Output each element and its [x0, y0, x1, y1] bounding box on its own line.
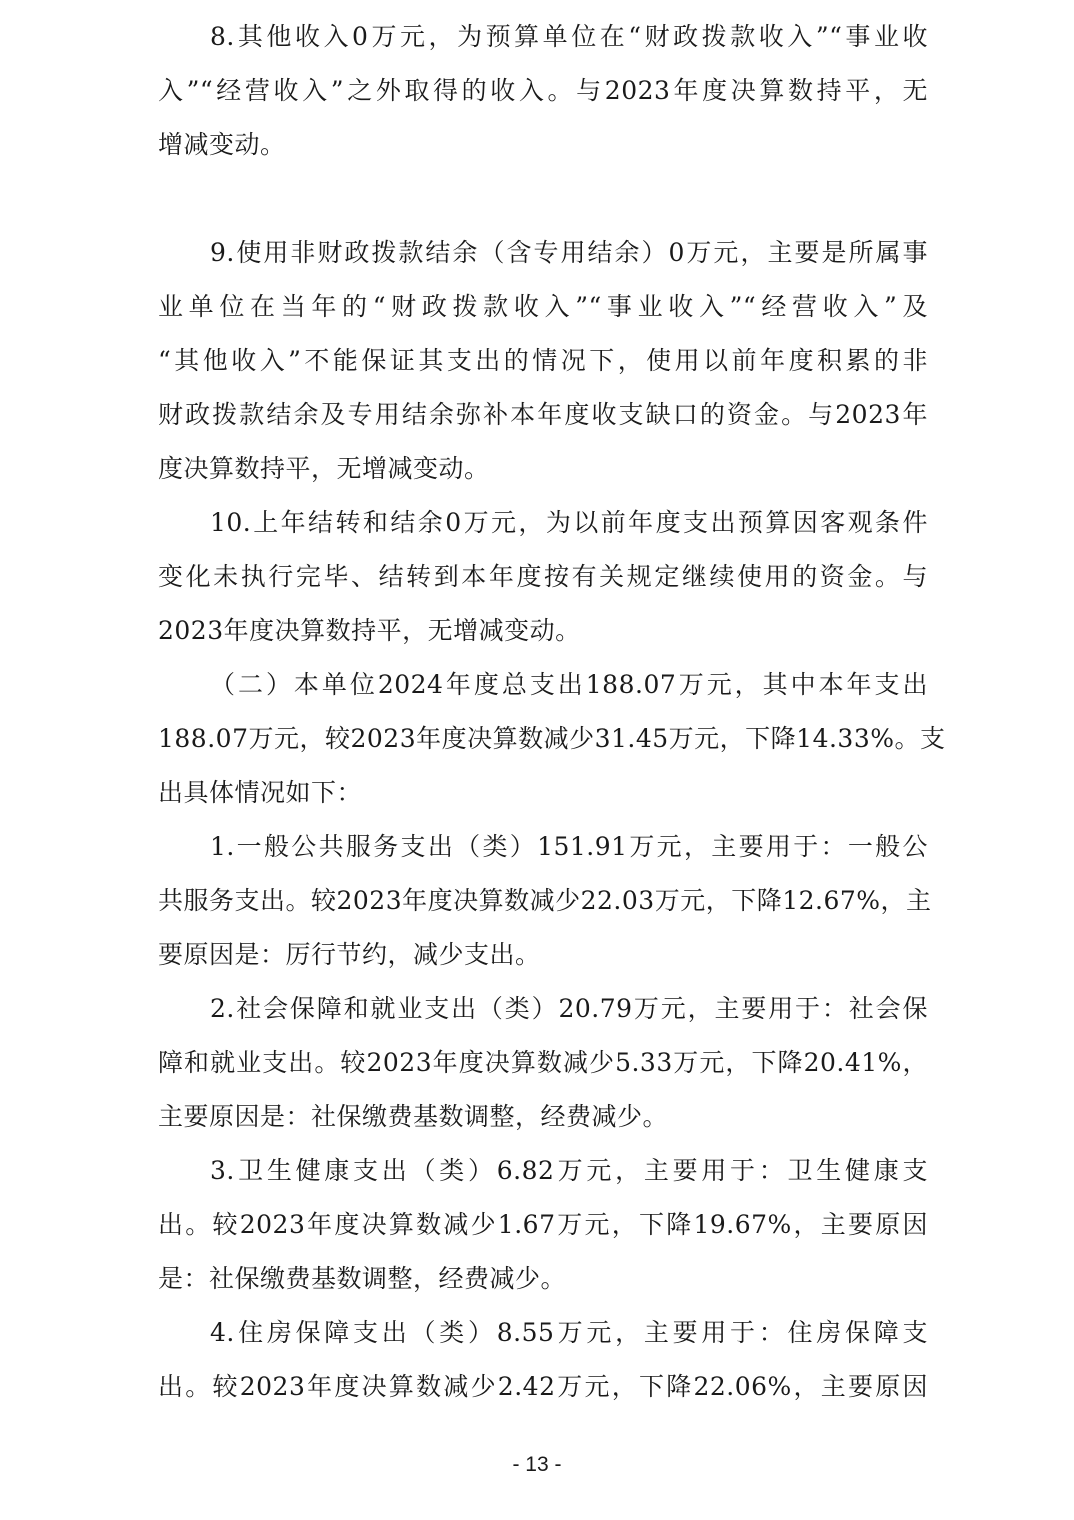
expense-4-line-2: 出。较2023年度决算数减少2.42万元，下降22.06%，主要原因 — [158, 1367, 928, 1407]
expense-4-line-1: 4.住房保障支出（类）8.55万元，主要用于：住房保障支 — [210, 1313, 928, 1353]
paragraph-item-9-line-5: 度决算数持平，无增减变动。 — [158, 449, 928, 489]
section-2-line-2: 188.07万元，较2023年度决算数减少31.45万元，下降14.33%。支 — [158, 719, 928, 759]
paragraph-item-9-line-1: 9.使用非财政拨款结余（含专用结余）0万元，主要是所属事 — [210, 233, 928, 273]
expense-1-line-1: 1.一般公共服务支出（类）151.91万元，主要用于：一般公 — [210, 827, 928, 867]
expense-1-line-2: 共服务支出。较2023年度决算数减少22.03万元，下降12.67%，主 — [158, 881, 928, 921]
section-2-line-1: （二）本单位2024年度总支出188.07万元，其中本年支出 — [210, 665, 928, 705]
expense-3-line-2: 出。较2023年度决算数减少1.67万元，下降19.67%，主要原因 — [158, 1205, 928, 1245]
expense-1-line-3: 要原因是：厉行节约，减少支出。 — [158, 935, 928, 975]
paragraph-item-10-line-2: 变化未执行完毕、结转到本年度按有关规定继续使用的资金。与 — [158, 557, 928, 597]
paragraph-item-9-line-2: 业单位在当年的“财政拨款收入”“事业收入”“经营收入”及 — [158, 287, 928, 327]
paragraph-item-8-line-3: 增减变动。 — [158, 125, 928, 165]
paragraph-item-10-line-3: 2023年度决算数持平，无增减变动。 — [158, 611, 928, 651]
paragraph-item-9-line-3: “其他收入”不能保证其支出的情况下，使用以前年度积累的非 — [158, 341, 928, 381]
document-page: 8.其他收入0万元，为预算单位在“财政拨款收入”“事业收 入”“经营收入”之外取… — [0, 0, 1074, 1520]
page-number: - 13 - — [0, 1450, 1074, 1480]
expense-2-line-1: 2.社会保障和就业支出（类）20.79万元，主要用于：社会保 — [210, 989, 928, 1029]
section-2-line-3: 出具体情况如下： — [158, 773, 928, 813]
paragraph-item-10-line-1: 10.上年结转和结余0万元，为以前年度支出预算因客观条件 — [210, 503, 928, 543]
expense-2-line-2: 障和就业支出。较2023年度决算数减少5.33万元，下降20.41%， — [158, 1043, 928, 1083]
paragraph-item-9-line-4: 财政拨款结余及专用结余弥补本年度收支缺口的资金。与2023年 — [158, 395, 928, 435]
paragraph-item-8-line-2: 入”“经营收入”之外取得的收入。与2023年度决算数持平，无 — [158, 71, 928, 111]
paragraph-item-8-line-1: 8.其他收入0万元，为预算单位在“财政拨款收入”“事业收 — [210, 17, 928, 57]
expense-3-line-3: 是：社保缴费基数调整，经费减少。 — [158, 1259, 928, 1299]
expense-3-line-1: 3.卫生健康支出（类）6.82万元，主要用于：卫生健康支 — [210, 1151, 928, 1191]
expense-2-line-3: 主要原因是：社保缴费基数调整，经费减少。 — [158, 1097, 928, 1137]
